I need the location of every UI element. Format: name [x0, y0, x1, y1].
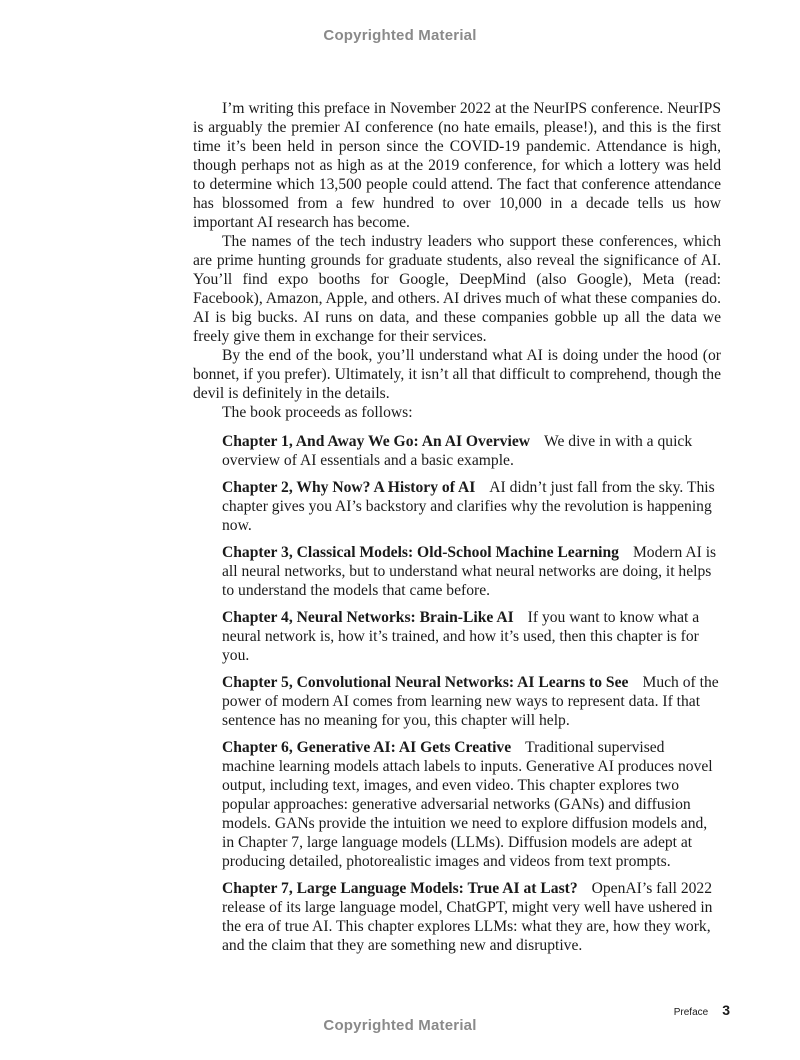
chapter-item: Chapter 2, Why Now? A History of AIAI di…: [222, 478, 721, 535]
chapter-title: Chapter 3, Classical Models: Old-School …: [222, 544, 619, 561]
chapter-item: Chapter 3, Classical Models: Old-School …: [222, 543, 721, 600]
chapter-title: Chapter 6, Generative AI: AI Gets Creati…: [222, 739, 511, 756]
chapter-title: Chapter 2, Why Now? A History of AI: [222, 479, 475, 496]
chapter-title: Chapter 5, Convolutional Neural Networks…: [222, 674, 628, 691]
paragraph-intro: I’m writing this preface in November 202…: [193, 99, 721, 232]
copyright-watermark-bottom: Copyrighted Material: [0, 1017, 800, 1034]
chapter-title: Chapter 7, Large Language Models: True A…: [222, 880, 578, 897]
paragraph-industry: The names of the tech industry leaders w…: [193, 232, 721, 346]
page-body: I’m writing this preface in November 202…: [193, 99, 721, 963]
chapter-item: Chapter 6, Generative AI: AI Gets Creati…: [222, 738, 721, 871]
chapter-description: Traditional supervised machine learning …: [222, 739, 713, 870]
chapter-list: Chapter 1, And Away We Go: An AI Overvie…: [222, 432, 721, 955]
paragraph-book-proceeds: The book proceeds as follows:: [193, 403, 721, 422]
chapter-title: Chapter 4, Neural Networks: Brain-Like A…: [222, 609, 514, 626]
page-number: 3: [722, 1002, 730, 1018]
chapter-title: Chapter 1, And Away We Go: An AI Overvie…: [222, 433, 530, 450]
chapter-item: Chapter 5, Convolutional Neural Networks…: [222, 673, 721, 730]
copyright-watermark-top: Copyrighted Material: [0, 27, 800, 44]
chapter-item: Chapter 1, And Away We Go: An AI Overvie…: [222, 432, 721, 470]
paragraph-end-of-book: By the end of the book, you’ll understan…: [193, 346, 721, 403]
chapter-item: Chapter 7, Large Language Models: True A…: [222, 879, 721, 955]
chapter-item: Chapter 4, Neural Networks: Brain-Like A…: [222, 608, 721, 665]
